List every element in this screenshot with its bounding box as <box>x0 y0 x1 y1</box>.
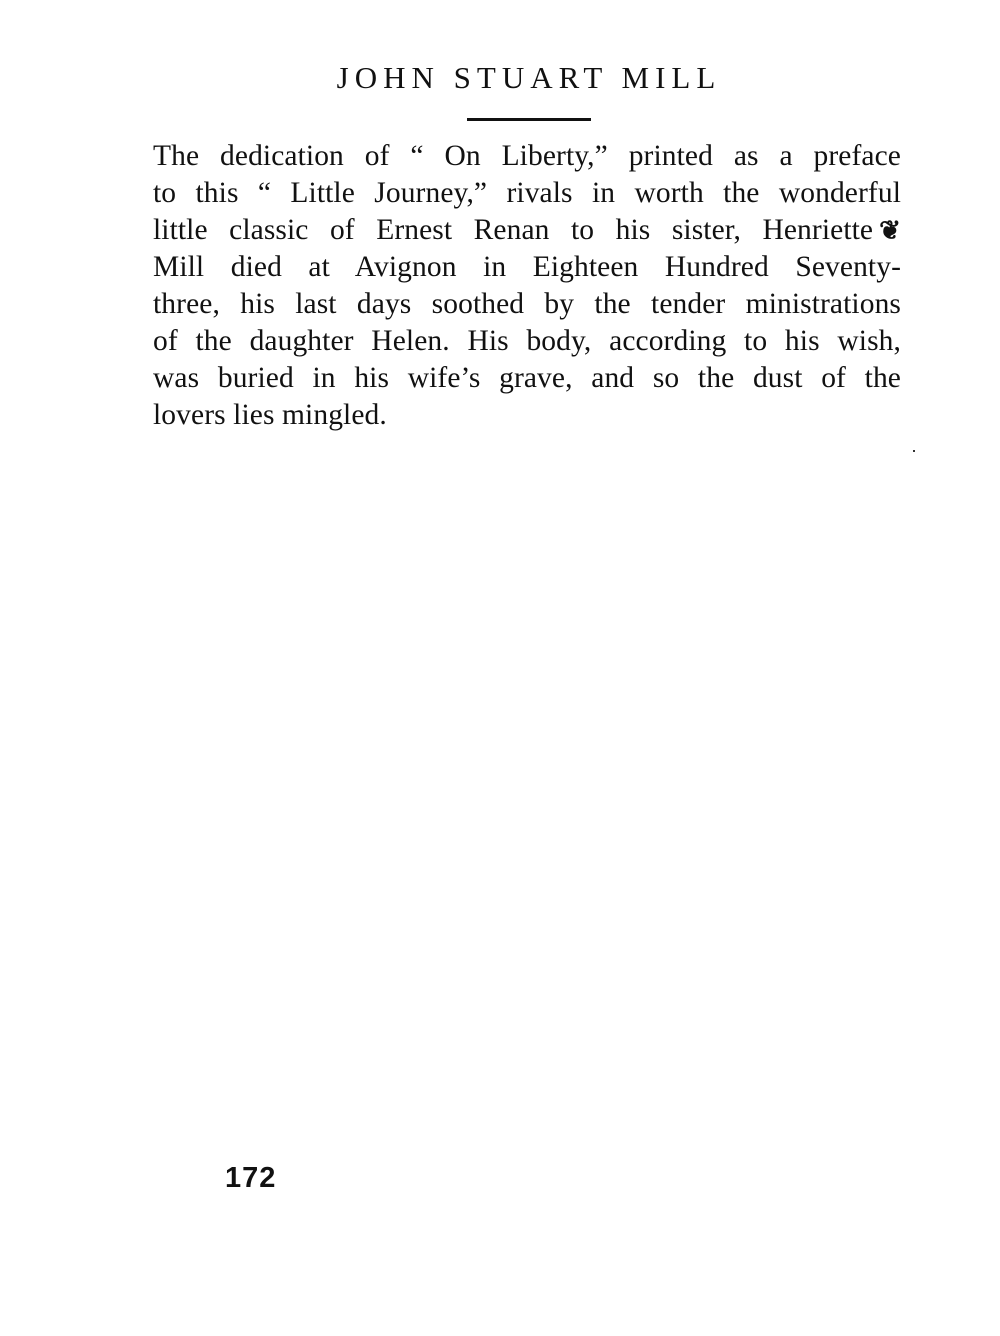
text-line: little classic of Ernest Renan to his si… <box>153 214 873 246</box>
fleuron-ornament-icon: ❦ <box>879 212 901 249</box>
text-line: lovers lies mingled. <box>153 397 901 434</box>
text-line: three, his last days soothed by the tend… <box>153 286 901 323</box>
text-line: The dedication of “ On Liberty,” printed… <box>153 138 901 175</box>
text-line: to this “ Little Journey,” rivals in wor… <box>153 175 901 212</box>
text-line: Mill died at Avignon in Eighteen Hundred… <box>153 249 901 286</box>
head-rule-divider <box>467 118 591 121</box>
body-paragraph: The dedication of “ On Liberty,” printed… <box>153 138 901 434</box>
running-head: JOHN STUART MILL <box>0 58 1000 98</box>
text-line: was buried in his wife’s grave, and so t… <box>153 360 901 397</box>
text-line: of the daughter Helen. His body, accordi… <box>153 323 901 360</box>
scan-speck <box>913 450 915 452</box>
page-number: 172 <box>225 1162 276 1195</box>
text-line-with-ornament: little classic of Ernest Renan to his si… <box>153 212 901 249</box>
